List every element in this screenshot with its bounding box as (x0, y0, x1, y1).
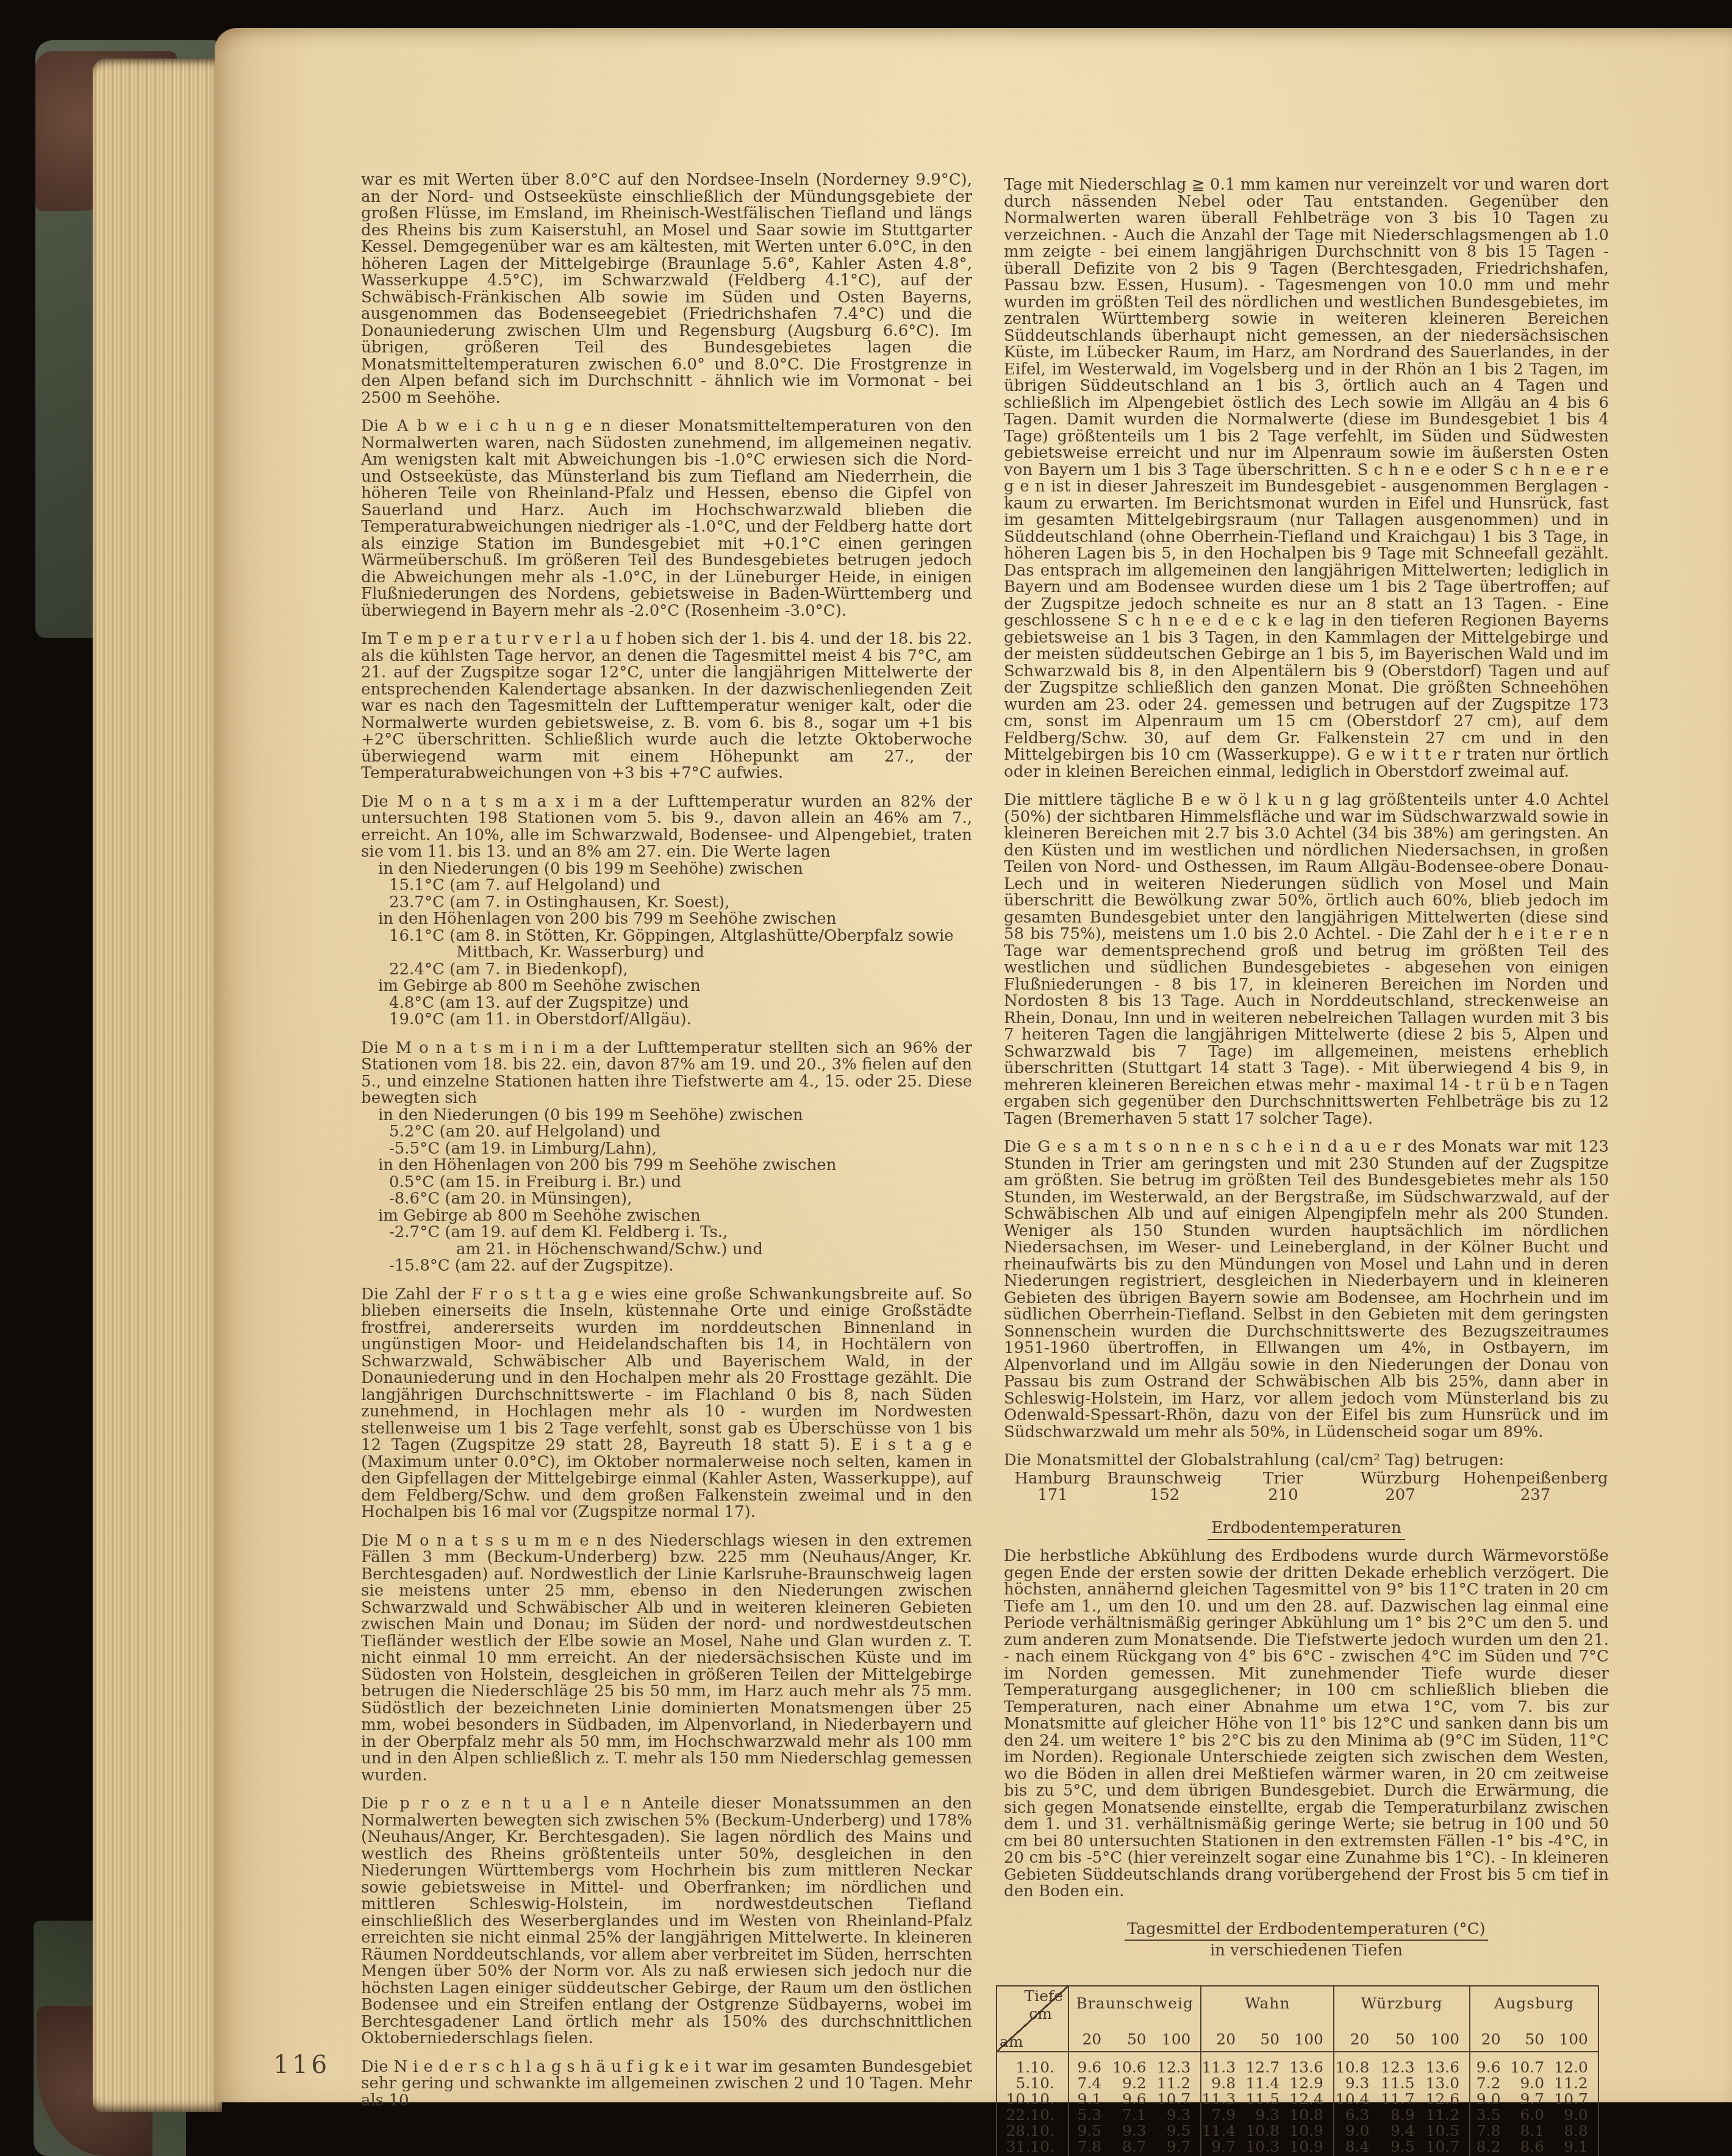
table-value-cell: 8.2 (1470, 2139, 1510, 2156)
table-depth-header: 100 (1289, 2021, 1334, 2052)
radiation-station-name: Würzburg (1339, 1471, 1462, 1488)
table-date-cell: 1.10. (997, 2052, 1068, 2076)
table-value-cell: 11.3 (1201, 2052, 1245, 2076)
right-column: Tage mit Niederschlag ≧ 0.1 mm kamen nur… (1004, 177, 1609, 2156)
table-value-cell: 6.3 (1334, 2107, 1379, 2123)
radiation-station: Trier210 (1228, 1471, 1339, 1504)
table-value-cell: 7.8 (1068, 2139, 1111, 2156)
table-value-cell: 11.2 (1425, 2107, 1470, 2123)
table-value-cell: 13.6 (1289, 2052, 1334, 2076)
table-value-cell: 9.6 (1111, 2091, 1156, 2107)
table-depth-header: 20 (1334, 2021, 1379, 2052)
paragraph: war es mit Werten über 8.0°C auf den Nor… (361, 172, 972, 407)
table-value-cell: 7.1 (1111, 2107, 1156, 2123)
table-row: 1.10.9.610.612.311.312.713.610.812.313.6… (997, 2052, 1598, 2076)
table-row: 5.10.7.49.211.29.811.412.99.311.513.07.2… (997, 2076, 1598, 2091)
table-title: Tagesmittel der Erdbodentemperaturen (°C… (1004, 1921, 1609, 1960)
table-value-cell: 9.0 (1554, 2107, 1598, 2123)
table-value-cell: 8.6 (1511, 2139, 1555, 2156)
radiation-station-value: 171 (1004, 1487, 1101, 1504)
table-value-cell: 12.7 (1245, 2052, 1289, 2076)
list-line: -15.8°C (am 22. auf der Zugspitze). (361, 1258, 972, 1275)
list-line: 15.1°C (am 7. auf Helgoland) und (361, 877, 972, 894)
table-title-line1: Tagesmittel der Erdbodentemperaturen (°C… (1125, 1921, 1488, 1941)
table-value-cell: 12.0 (1554, 2052, 1598, 2076)
table-value-cell: 9.7 (1201, 2139, 1245, 2156)
paragraph: Die p r o z e n t u a l e n Anteile dies… (361, 1796, 972, 2047)
table-row: 10.10.9.19.610.711.311.512.410.411.712.6… (997, 2091, 1598, 2107)
table-depth-header: 100 (1425, 2021, 1470, 2052)
table-value-cell: 10.7 (1511, 2052, 1555, 2076)
table-depth-header: 50 (1379, 2021, 1424, 2052)
table-value-cell: 3.5 (1470, 2107, 1510, 2123)
table-value-cell: 6.0 (1511, 2107, 1555, 2123)
table-value-cell: 11.4 (1245, 2076, 1289, 2091)
table-corner-cell: Tiefecmam (997, 1986, 1068, 2052)
table-value-cell: 10.3 (1245, 2139, 1289, 2156)
table-date-cell: 31.10. (997, 2139, 1068, 2156)
page-number: 116 (273, 2050, 330, 2079)
paragraph: Die M o n a t s s u m m e n des Niedersc… (361, 1533, 972, 1785)
list-line: 23.7°C (am 7. in Ostinghausen, Kr. Soest… (361, 894, 972, 912)
table-value-cell: 9.3 (1334, 2076, 1379, 2091)
table-title-line2: in verschiedenen Tiefen (1004, 1943, 1609, 1960)
table-value-cell: 9.6 (1068, 2052, 1111, 2076)
list-line: -2.7°C (am 19. auf dem Kl. Feldberg i. T… (361, 1224, 972, 1241)
table-depth-header: 20 (1201, 2021, 1245, 2052)
table-value-cell: 11.4 (1201, 2123, 1245, 2139)
table-value-cell: 11.3 (1201, 2091, 1245, 2107)
table-value-cell: 9.3 (1156, 2107, 1201, 2123)
radiation-station-name: Hamburg (1004, 1471, 1101, 1488)
table-value-cell: 11.5 (1245, 2091, 1289, 2107)
radiation-station-value: 210 (1228, 1487, 1339, 1504)
table-value-cell: 7.4 (1068, 2076, 1111, 2091)
table-value-cell: 12.9 (1289, 2076, 1334, 2091)
list-line: in den Niederungen (0 bis 199 m Seehöhe)… (361, 861, 972, 878)
table-value-cell: 9.5 (1068, 2123, 1111, 2139)
list-line: im Gebirge ab 800 m Seehöhe zwischen (361, 978, 972, 995)
table-value-cell: 10.8 (1334, 2052, 1379, 2076)
table-value-cell: 9.0 (1470, 2091, 1510, 2107)
list-line: 19.0°C (am 11. in Oberstdorf/Allgäu). (361, 1012, 972, 1029)
corner-label-cm: cm (1029, 2006, 1052, 2022)
section-heading-text: Erdbodentemperaturen (1208, 1519, 1405, 1540)
table-value-cell: 8.8 (1554, 2123, 1598, 2139)
corner-label-am: am (1000, 2034, 1023, 2050)
paragraph: Die Monatsmittel der Globalstrahlung (ca… (1004, 1452, 1609, 1469)
table-value-cell: 10.8 (1289, 2107, 1334, 2123)
section-heading: Erdbodentemperaturen (1004, 1520, 1609, 1537)
table-value-cell: 10.6 (1111, 2052, 1156, 2076)
table-value-cell: 10.8 (1245, 2123, 1289, 2139)
table-value-cell: 8.9 (1379, 2107, 1424, 2123)
list-line: 22.4°C (am 7. in Biedenkopf), (361, 962, 972, 979)
list-line: am 21. in Höchenschwand/Schw.) und (361, 1241, 972, 1258)
table-value-cell: 9.1 (1554, 2139, 1598, 2156)
list-line: im Gebirge ab 800 m Seehöhe zwischen (361, 1208, 972, 1225)
table-date-cell: 5.10. (997, 2076, 1068, 2091)
table-station-header: Würzburg (1334, 1986, 1470, 2021)
list-line: in den Höhenlagen von 200 bis 799 m Seeh… (361, 911, 972, 928)
page-edge-stack (93, 59, 222, 2112)
paragraph: Die N i e d e r s c h l a g s h ä u f i … (361, 2059, 972, 2110)
radiation-station: Hohenpeißenberg237 (1462, 1471, 1609, 1504)
paragraph: Die G e s a m t s o n n e n s c h e i n … (1004, 1139, 1609, 1441)
radiation-station-value: 237 (1462, 1487, 1609, 1504)
list-line: 16.1°C (am 8. in Stötten, Kr. Göppingen,… (361, 928, 972, 945)
list-line: 0.5°C (am 15. in Freiburg i. Br.) und (361, 1174, 972, 1191)
table-value-cell: 9.0 (1334, 2123, 1379, 2139)
list-line: -8.6°C (am 20. in Münsingen), (361, 1191, 972, 1208)
table-station-header: Wahn (1201, 1986, 1334, 2021)
table-depth-header: 50 (1245, 2021, 1289, 2052)
soil-temperature-table: TiefecmamBraunschweigWahnWürzburgAugsbur… (996, 1985, 1599, 2156)
table-depth-header: 50 (1511, 2021, 1555, 2052)
table-depth-header: 20 (1068, 2021, 1111, 2052)
table-depth-header: 100 (1554, 2021, 1598, 2052)
table-value-cell: 12.3 (1156, 2052, 1201, 2076)
radiation-station-name: Braunschweig (1101, 1471, 1228, 1488)
list-line: in den Höhenlagen von 200 bis 799 m Seeh… (361, 1157, 972, 1174)
table-value-cell: 5.3 (1068, 2107, 1111, 2123)
left-column: war es mit Werten über 8.0°C auf den Nor… (361, 172, 972, 2109)
table-value-cell: 7.9 (1201, 2107, 1245, 2123)
table-value-cell: 9.7 (1156, 2139, 1201, 2156)
table-value-cell: 9.3 (1245, 2107, 1289, 2123)
table-station-header: Augsburg (1470, 1986, 1598, 2021)
table-value-cell: 9.8 (1201, 2076, 1245, 2091)
radiation-station: Hamburg171 (1004, 1471, 1101, 1504)
table-value-cell: 12.4 (1289, 2091, 1334, 2107)
table-row: 28.10.9.59.39.511.410.810.99.09.410.57.8… (997, 2123, 1598, 2139)
table-value-cell: 12.3 (1379, 2052, 1424, 2076)
table-value-cell: 10.4 (1334, 2091, 1379, 2107)
table-value-cell: 10.7 (1156, 2091, 1201, 2107)
table-value-cell: 9.1 (1068, 2091, 1111, 2107)
table-station-header: Braunschweig (1068, 1986, 1201, 2021)
paragraph: Die mittlere tägliche B e w ö l k u n g … (1004, 792, 1609, 1127)
corner-label-tiefe: Tiefe (1024, 1988, 1063, 2004)
table-value-cell: 10.9 (1289, 2139, 1334, 2156)
table-date-cell: 22.10. (997, 2107, 1068, 2123)
table-value-cell: 8.7 (1111, 2139, 1156, 2156)
table-value-cell: 8.4 (1334, 2139, 1379, 2156)
radiation-station-name: Hohenpeißenberg (1462, 1471, 1609, 1488)
table-depth-header: 100 (1156, 2021, 1201, 2052)
value-list: in den Niederungen (0 bis 199 m Seehöhe)… (361, 1107, 972, 1275)
table-date-cell: 28.10. (997, 2123, 1068, 2139)
value-list: in den Niederungen (0 bis 199 m Seehöhe)… (361, 861, 972, 1029)
table-depth-header: 20 (1470, 2021, 1510, 2052)
table-value-cell: 9.6 (1470, 2052, 1510, 2076)
table-date-cell: 10.10. (997, 2091, 1068, 2107)
radiation-station-name: Trier (1228, 1471, 1339, 1488)
radiation-station-value: 207 (1339, 1487, 1462, 1504)
list-line: 5.2°C (am 20. auf Helgoland) und (361, 1124, 972, 1141)
table-value-cell: 9.0 (1511, 2076, 1555, 2091)
table-value-cell: 9.4 (1379, 2123, 1424, 2139)
radiation-station: Braunschweig152 (1101, 1471, 1228, 1504)
list-line: 4.8°C (am 13. auf der Zugspitze) und (361, 995, 972, 1012)
table-value-cell: 9.7 (1511, 2091, 1555, 2107)
radiation-station-value: 152 (1101, 1487, 1228, 1504)
table-row: 22.10.5.37.19.37.99.310.86.38.911.23.56.… (997, 2107, 1598, 2123)
table-value-cell: 7.8 (1470, 2123, 1510, 2139)
paragraph: Die M o n a t s m a x i m a der Lufttemp… (361, 794, 972, 861)
list-line: Mittbach, Kr. Wasserburg) und (361, 944, 972, 962)
paragraph: Die herbstliche Abkühlung des Erdbodens … (1004, 1548, 1609, 1901)
table-value-cell: 9.2 (1111, 2076, 1156, 2091)
table-value-cell: 13.0 (1425, 2076, 1470, 2091)
paragraph: Tage mit Niederschlag ≧ 0.1 mm kamen nur… (1004, 177, 1609, 780)
table-value-cell: 10.5 (1425, 2123, 1470, 2139)
paragraph: Die Zahl der F r o s t t a g e wies eine… (361, 1287, 972, 1521)
table-depth-header: 50 (1111, 2021, 1156, 2052)
list-line: in den Niederungen (0 bis 199 m Seehöhe)… (361, 1107, 972, 1124)
radiation-table: Hamburg171Braunschweig152Trier210Würzbur… (1004, 1471, 1609, 1504)
paragraph: Die A b w e i c h u n g e n dieser Monat… (361, 418, 972, 619)
table-value-cell: 9.5 (1379, 2139, 1424, 2156)
table-value-cell: 9.5 (1156, 2123, 1201, 2139)
table-value-cell: 12.6 (1425, 2091, 1470, 2107)
paragraph: Im T e m p e r a t u r v e r l a u f hob… (361, 631, 972, 782)
table-value-cell: 7.2 (1470, 2076, 1510, 2091)
table-value-cell: 10.9 (1289, 2123, 1334, 2139)
radiation-station: Würzburg207 (1339, 1471, 1462, 1504)
list-line: -5.5°C (am 19. in Limburg/Lahn), (361, 1141, 972, 1158)
table-value-cell: 13.6 (1425, 2052, 1470, 2076)
table-row: 31.10.7.88.79.79.710.310.98.49.510.78.28… (997, 2139, 1598, 2156)
paragraph: Die M o n a t s m i n i m a der Lufttemp… (361, 1040, 972, 1107)
table-value-cell: 8.1 (1511, 2123, 1555, 2139)
table-value-cell: 11.5 (1379, 2076, 1424, 2091)
table-value-cell: 9.3 (1111, 2123, 1156, 2139)
table-value-cell: 11.2 (1156, 2076, 1201, 2091)
table-value-cell: 10.7 (1554, 2091, 1598, 2107)
scanned-book-page: { "page": { "number": "116" }, "left_col… (0, 0, 1732, 2156)
table-value-cell: 10.7 (1425, 2139, 1470, 2156)
table-value-cell: 11.7 (1379, 2091, 1424, 2107)
table-value-cell: 11.2 (1554, 2076, 1598, 2091)
